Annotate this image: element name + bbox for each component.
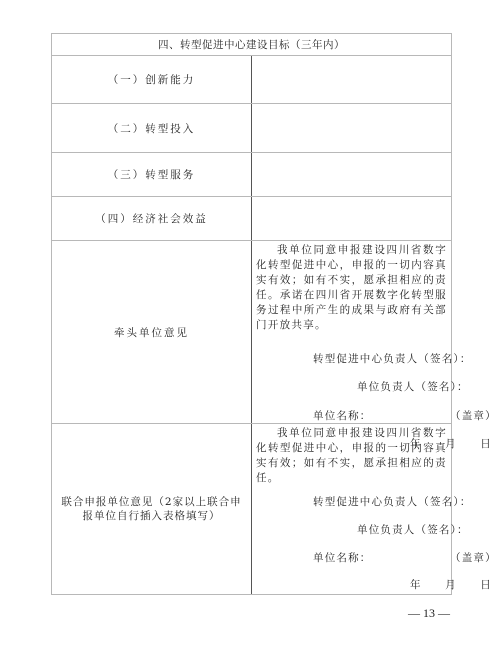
- goal-label-innovation: （一）创新能力: [52, 56, 252, 104]
- joint-unit-label-text: 联合申报单位意见（2家以上联合申报单位自行插入表格填写）: [52, 495, 251, 523]
- goal-label-benefit: （四）经济社会效益: [52, 197, 252, 241]
- construction-goals-table: 四、转型促进中心建设目标（三年内） （一）创新能力 （二）转型投入 （三）转型服…: [51, 33, 452, 595]
- lead-unit-opinion: 我单位同意申报建设四川省数字化转型促进中心，申报的一切内容真实有效；如有不实，愿…: [252, 241, 452, 424]
- goal-label-investment: （二）转型投入: [52, 104, 252, 153]
- joint-unit-label: 联合申报单位意见（2家以上联合申报单位自行插入表格填写）: [52, 424, 252, 595]
- joint-center-leader-signature[interactable]: 转型促进中心负责人（签名）：: [313, 494, 472, 509]
- goal-value-service[interactable]: [252, 153, 452, 197]
- lead-unit-statement: 我单位同意申报建设四川省数字化转型促进中心，申报的一切内容真实有效；如有不实，愿…: [256, 243, 447, 333]
- joint-unit-statement: 我单位同意申报建设四川省数字化转型促进中心，申报的一切内容真实有效；如有不实，愿…: [256, 426, 447, 486]
- joint-unit-leader-signature[interactable]: 单位负责人（签名）：: [357, 522, 469, 537]
- joint-unit-date[interactable]: 年 月 日: [410, 577, 492, 592]
- lead-unit-name[interactable]: 单位名称：: [313, 408, 372, 423]
- goal-value-investment[interactable]: [252, 104, 452, 153]
- lead-center-leader-signature[interactable]: 转型促进中心负责人（签名）：: [313, 351, 472, 366]
- lead-unit-leader-signature[interactable]: 单位负责人（签名）：: [357, 379, 469, 394]
- lead-unit-seal: （盖章）: [450, 408, 497, 423]
- section-title: 四、转型促进中心建设目标（三年内）: [52, 34, 452, 56]
- document-page: 四、转型促进中心建设目标（三年内） （一）创新能力 （二）转型投入 （三）转型服…: [0, 0, 499, 662]
- goal-value-innovation[interactable]: [252, 56, 452, 104]
- goal-label-service: （三）转型服务: [52, 153, 252, 197]
- page-number: — 13 —: [408, 606, 450, 621]
- joint-unit-name[interactable]: 单位名称：: [313, 550, 372, 565]
- lead-unit-label: 牵头单位意见: [52, 241, 252, 424]
- joint-unit-seal: （盖章）: [450, 550, 497, 565]
- goal-value-benefit[interactable]: [252, 197, 452, 241]
- joint-unit-opinion: 我单位同意申报建设四川省数字化转型促进中心，申报的一切内容真实有效；如有不实，愿…: [252, 424, 452, 595]
